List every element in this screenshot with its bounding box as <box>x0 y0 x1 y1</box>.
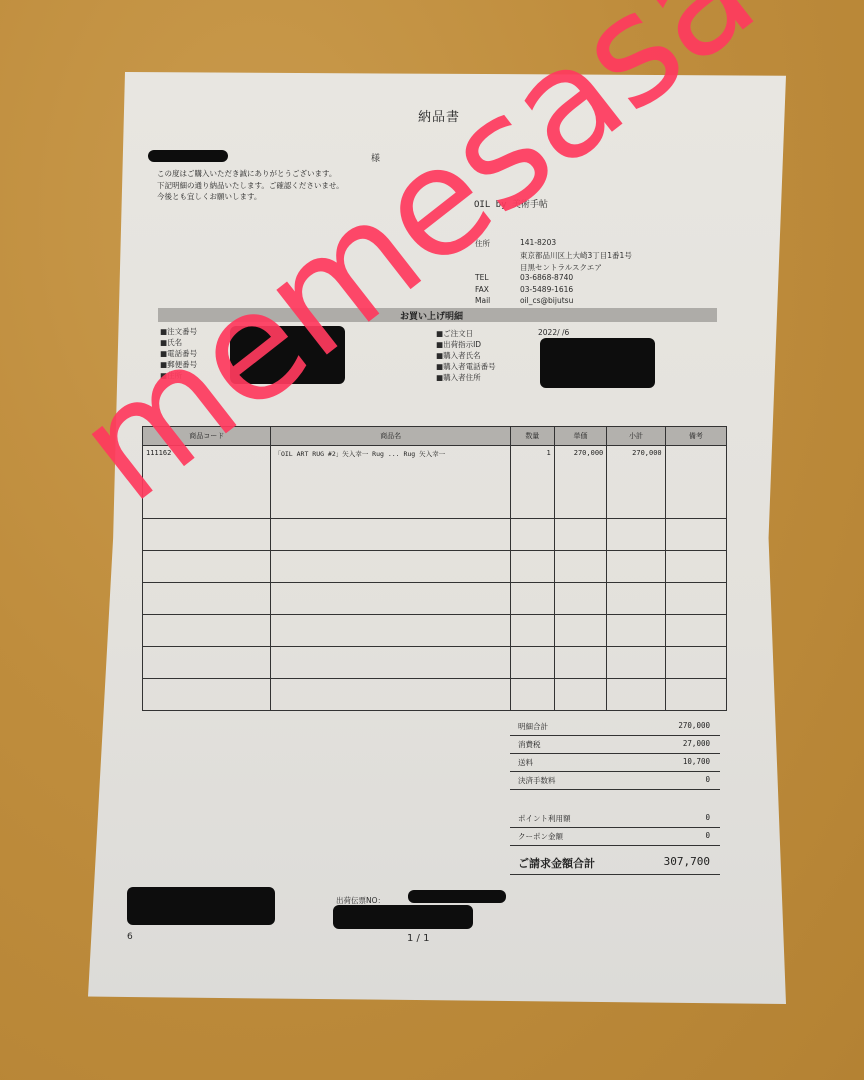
item-code: 111162 <box>143 446 271 519</box>
item-note <box>665 446 726 519</box>
empty-cell <box>143 583 271 615</box>
summary-value: 0 <box>705 831 710 840</box>
fax-value: 03-5489-1616 <box>520 285 573 294</box>
table-row-empty <box>143 519 727 551</box>
summary-label: 消費税 <box>518 739 541 750</box>
summary-value: 270,000 <box>678 721 710 730</box>
empty-cell <box>143 519 271 551</box>
photo-scene: 納品書 様 この度はご購入いただき誠にありがとうございます。 下記明細の通り納品… <box>0 0 864 1080</box>
order-date-label: ■ご注文日 <box>436 328 473 339</box>
col-header-qty: 数量 <box>510 427 554 446</box>
fax-label: FAX <box>475 285 489 294</box>
order-number-label: ■注文番号 <box>160 326 197 337</box>
empty-cell <box>554 583 607 615</box>
tel-label: TEL <box>475 273 489 282</box>
shop-name: OIL by 美術手帖 <box>474 197 548 210</box>
items-table: 商品コード 商品名 数量 単価 小計 備考 111162 「OIL ART RU… <box>142 426 727 711</box>
empty-cell <box>143 551 271 583</box>
address-line-1: 東京都品川区上大崎3丁目1番1号 <box>520 250 632 261</box>
summary-value: 27,000 <box>683 739 710 748</box>
empty-cell <box>143 615 271 647</box>
summary-tax: 消費税 27,000 <box>510 736 720 754</box>
summary-label: ポイント利用額 <box>518 813 571 824</box>
grand-total: ご請求金額合計 307,700 <box>510 853 720 875</box>
empty-cell <box>607 678 665 710</box>
empty-cell <box>665 615 726 647</box>
col-header-name: 商品名 <box>271 427 510 446</box>
item-subtotal: 270,000 <box>607 446 665 519</box>
summary-shipping: 送料 10,700 <box>510 754 720 772</box>
redacted-footer-left <box>127 887 275 925</box>
empty-cell <box>510 551 554 583</box>
summary-payment-fee: 決済手数料 0 <box>510 772 720 790</box>
greeting-line-3: 今後とも宜しくお願いします。 <box>157 191 261 202</box>
empty-cell <box>665 646 726 678</box>
empty-cell <box>143 646 271 678</box>
summary-label: 明細合計 <box>518 721 548 732</box>
section-title: お買い上げ明細 <box>400 309 463 322</box>
table-row-empty <box>143 551 727 583</box>
col-header-code: 商品コード <box>143 427 271 446</box>
col-header-subtotal: 小計 <box>607 427 665 446</box>
redacted-shipping-slip-1 <box>408 890 506 903</box>
document-title: 納品書 <box>418 106 460 125</box>
grand-total-value: 307,700 <box>664 855 710 868</box>
empty-cell <box>271 678 510 710</box>
empty-cell <box>510 583 554 615</box>
empty-cell <box>510 519 554 551</box>
col-header-unit-price: 単価 <box>554 427 607 446</box>
tel-value: 03-6868-8740 <box>520 273 573 282</box>
empty-cell <box>665 583 726 615</box>
customer-honorific: 様 <box>371 151 380 164</box>
buyer-name-label: ■購入者氏名 <box>436 350 481 361</box>
empty-cell <box>271 519 510 551</box>
empty-cell <box>607 551 665 583</box>
empty-cell <box>143 678 271 710</box>
empty-cell <box>510 678 554 710</box>
mail-value: oil_cs@bijutsu <box>520 296 573 305</box>
summary-points: ポイント利用額 0 <box>510 810 720 828</box>
greeting-line-1: この度はご購入いただき誠にありがとうございます。 <box>157 168 336 179</box>
empty-cell <box>554 646 607 678</box>
table-row-empty <box>143 615 727 647</box>
empty-cell <box>607 646 665 678</box>
summary-value: 0 <box>705 775 710 784</box>
summary-value: 10,700 <box>683 757 710 766</box>
summary-label: 決済手数料 <box>518 775 556 786</box>
summary-label: 送料 <box>518 757 533 768</box>
empty-cell <box>271 615 510 647</box>
redacted-customer-name <box>148 150 228 162</box>
order-date-value: 2022/ /6 <box>538 328 569 337</box>
item-name: 「OIL ART RUG #2」矢入幸一 Rug ... Rug 矢入幸一 <box>271 446 510 519</box>
phone-label: ■電話番号 <box>160 348 197 359</box>
summary-coupon: クーポン金額 0 <box>510 828 720 846</box>
empty-cell <box>554 678 607 710</box>
table-row-empty <box>143 678 727 710</box>
footer-left-number: 6 <box>127 932 133 942</box>
postal-code: 141-8203 <box>520 238 556 247</box>
empty-cell <box>607 615 665 647</box>
shipping-id-label: ■出荷指示ID <box>436 339 481 350</box>
redacted-buyer-info <box>540 338 655 388</box>
col-header-note: 備考 <box>665 427 726 446</box>
summary-value: 0 <box>705 813 710 822</box>
customer-address-label: ■住所 <box>160 370 182 381</box>
item-qty: 1 <box>510 446 554 519</box>
empty-cell <box>607 583 665 615</box>
empty-cell <box>554 551 607 583</box>
summary-subtotal: 明細合計 270,000 <box>510 718 720 736</box>
empty-cell <box>271 646 510 678</box>
empty-cell <box>665 678 726 710</box>
address-label: 住所 <box>475 238 490 249</box>
greeting-line-2: 下記明細の通り納品いたします。ご確認くださいませ。 <box>157 180 344 191</box>
empty-cell <box>665 519 726 551</box>
buyer-phone-label: ■購入者電話番号 <box>436 361 496 372</box>
empty-cell <box>554 519 607 551</box>
empty-cell <box>665 551 726 583</box>
postal-label: ■郵便番号 <box>160 359 197 370</box>
empty-cell <box>510 615 554 647</box>
empty-cell <box>607 519 665 551</box>
buyer-address-label: ■購入者住所 <box>436 372 481 383</box>
grand-total-label: ご請求金額合計 <box>518 855 595 871</box>
table-row-empty <box>143 646 727 678</box>
empty-cell <box>554 615 607 647</box>
address-line-2: 目黒セントラルスクエア <box>520 262 602 273</box>
table-row-empty <box>143 583 727 615</box>
empty-cell <box>271 583 510 615</box>
page-number: 1 / 1 <box>407 933 429 944</box>
empty-cell <box>271 551 510 583</box>
empty-cell <box>510 646 554 678</box>
redacted-order-info <box>230 326 345 384</box>
summary-label: クーポン金額 <box>518 831 563 842</box>
name-label: ■氏名 <box>160 337 182 348</box>
mail-label: Mail <box>475 296 490 305</box>
table-row: 111162 「OIL ART RUG #2」矢入幸一 Rug ... Rug … <box>143 446 727 519</box>
item-unit-price: 270,000 <box>554 446 607 519</box>
redacted-shipping-slip-2 <box>333 905 473 929</box>
